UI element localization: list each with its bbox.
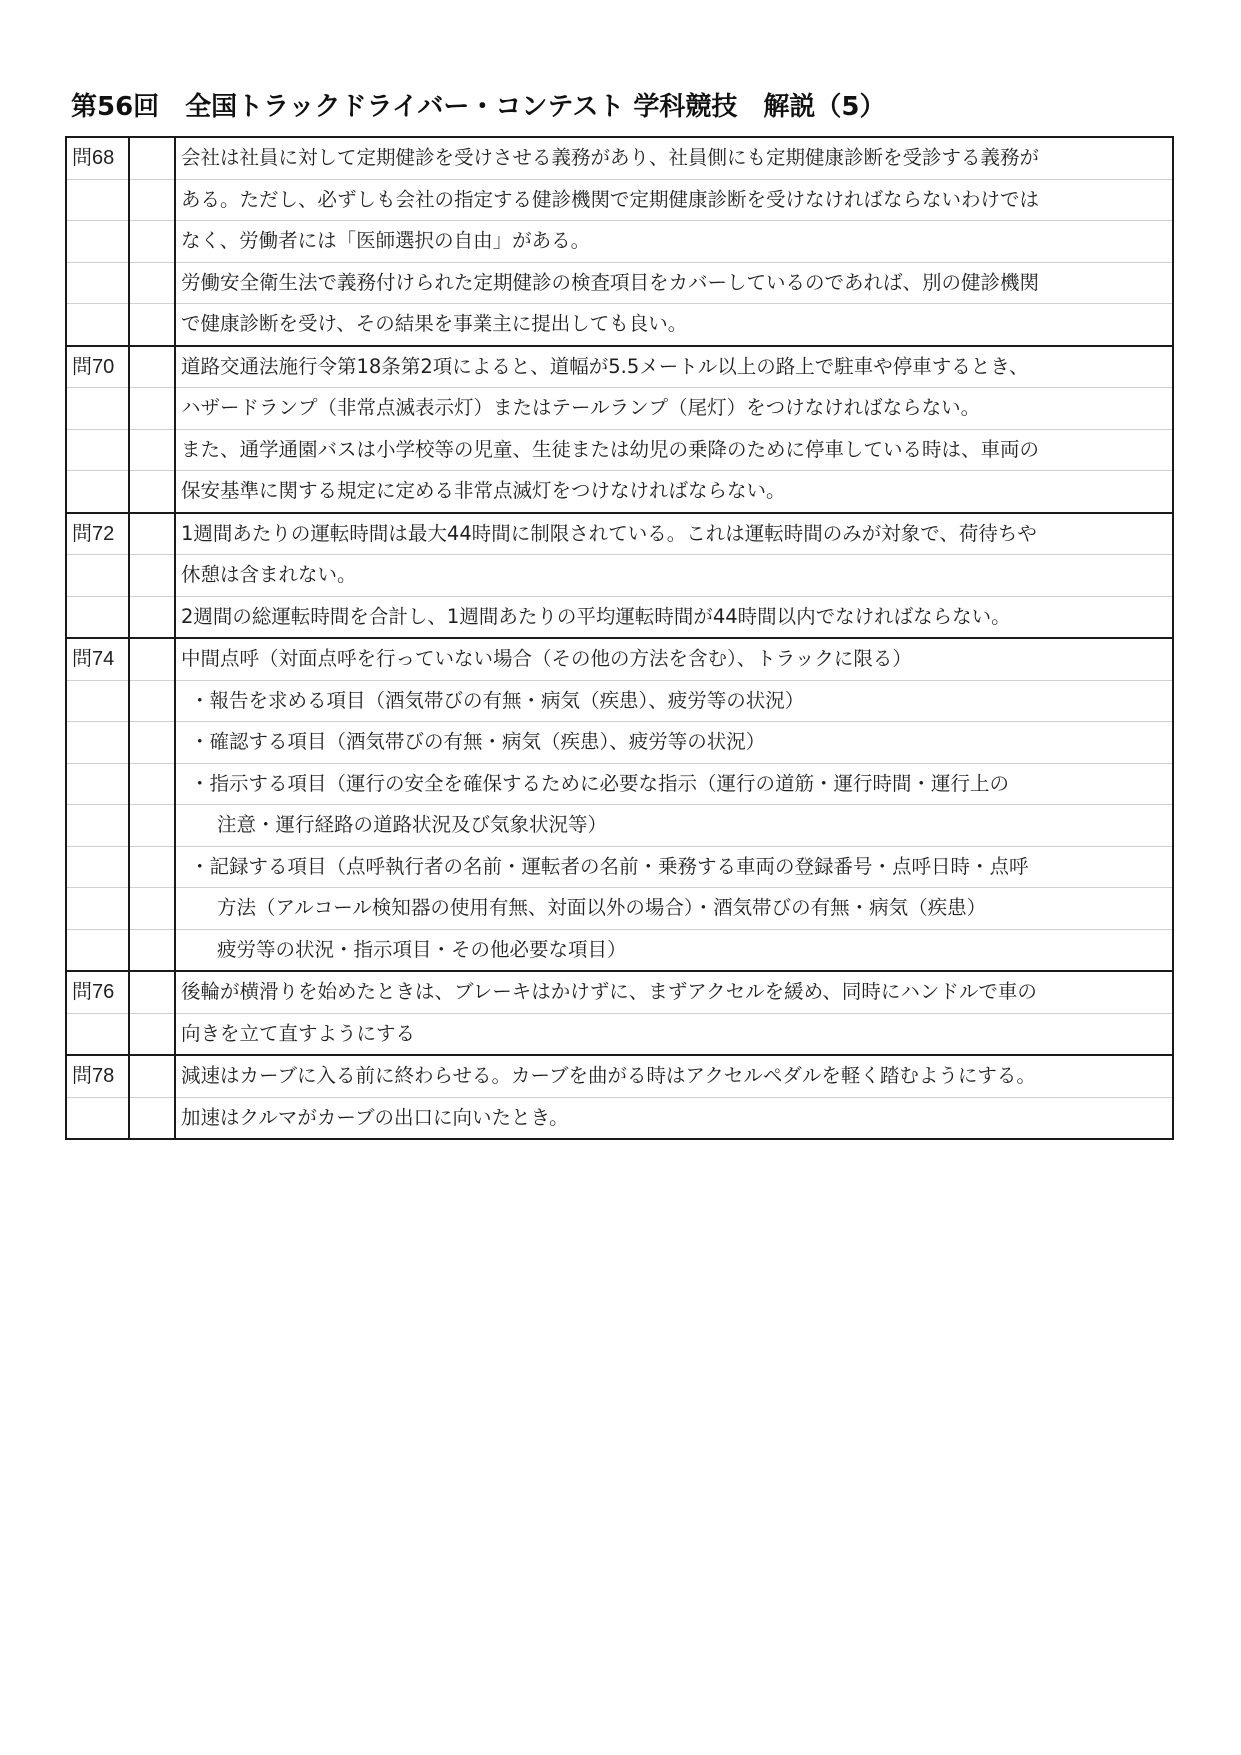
- explanation-line: 加速はクルマがカーブの出口に向いたとき。: [175, 1097, 1173, 1139]
- explanation-line: 減速はカーブに入る前に終わらせる。カーブを曲がる時はアクセルペダルを軽く踏むよう…: [175, 1055, 1173, 1097]
- explanation-table: 問68会社は社員に対して定期健診を受けさせる義務があり、社員側にも定期健康診断を…: [65, 136, 1174, 1140]
- answer-cell: [129, 638, 175, 680]
- explanation-line: 道路交通法施行令第18条第2項によると、道幅が5.5メートル以上の路上で駐車や停…: [175, 346, 1173, 388]
- question-row-continuation: 労働安全衛生法で義務付けられた定期健診の検査項目をカバーしているのであれば、別の…: [66, 262, 1173, 304]
- question-number-cell: 問70: [66, 346, 129, 388]
- question-row-continuation: 休憩は含まれない。: [66, 555, 1173, 597]
- question-number-cell: 問74: [66, 638, 129, 680]
- answer-cell: [129, 346, 175, 388]
- question-number-cell: [66, 388, 129, 430]
- question-row-continuation: ・記録する項目（点呼執行者の名前・運転者の名前・乗務する車両の登録番号・点呼日時…: [66, 846, 1173, 888]
- answer-cell: [129, 596, 175, 638]
- question-number-cell: 問78: [66, 1055, 129, 1097]
- question-number-cell: [66, 179, 129, 221]
- question-row-header: 問68会社は社員に対して定期健診を受けさせる義務があり、社員側にも定期健康診断を…: [66, 137, 1173, 179]
- question-row-continuation: 2週間の総運転時間を合計し、1週間あたりの平均運転時間が44時間以内でなければな…: [66, 596, 1173, 638]
- explanation-line: ハザードランプ（非常点滅表示灯）またはテールランプ（尾灯）をつけなければならない…: [175, 388, 1173, 430]
- explanation-line: ・記録する項目（点呼執行者の名前・運転者の名前・乗務する車両の登録番号・点呼日時…: [175, 846, 1173, 888]
- question-row-continuation: で健康診断を受け、その結果を事業主に提出しても良い。: [66, 304, 1173, 346]
- explanation-line: 休憩は含まれない。: [175, 555, 1173, 597]
- answer-cell: [129, 179, 175, 221]
- explanation-line: 保安基準に関する規定に定める非常点滅灯をつけなければならない。: [175, 471, 1173, 513]
- explanation-line: 疲労等の状況・指示項目・その他必要な項目）: [175, 929, 1173, 971]
- question-number-cell: [66, 555, 129, 597]
- question-row-continuation: 疲労等の状況・指示項目・その他必要な項目）: [66, 929, 1173, 971]
- question-number-cell: [66, 846, 129, 888]
- explanation-line: 向きを立て直すようにする: [175, 1013, 1173, 1055]
- answer-cell: [129, 680, 175, 722]
- question-number-cell: [66, 262, 129, 304]
- question-row-continuation: 方法（アルコール検知器の使用有無、対面以外の場合）・酒気帯びの有無・病気（疾患）: [66, 888, 1173, 930]
- question-number-cell: [66, 680, 129, 722]
- question-row-header: 問70道路交通法施行令第18条第2項によると、道幅が5.5メートル以上の路上で駐…: [66, 346, 1173, 388]
- explanation-line: ・報告を求める項目（酒気帯びの有無・病気（疾患）、疲労等の状況）: [175, 680, 1173, 722]
- question-row-continuation: また、通学通園バスは小学校等の児童、生徒または幼児の乗降のために停車している時は…: [66, 429, 1173, 471]
- explanation-line: 方法（アルコール検知器の使用有無、対面以外の場合）・酒気帯びの有無・病気（疾患）: [175, 888, 1173, 930]
- explanation-line: 中間点呼（対面点呼を行っていない場合（その他の方法を含む）、トラックに限る）: [175, 638, 1173, 680]
- question-number-cell: [66, 1097, 129, 1139]
- question-number-cell: [66, 304, 129, 346]
- question-number-cell: 問68: [66, 137, 129, 179]
- answer-cell: [129, 471, 175, 513]
- answer-cell: [129, 971, 175, 1013]
- explanation-line: また、通学通園バスは小学校等の児童、生徒または幼児の乗降のために停車している時は…: [175, 429, 1173, 471]
- question-number-cell: [66, 929, 129, 971]
- answer-cell: [129, 763, 175, 805]
- question-row-header: 問721週間あたりの運転時間は最大44時間に制限されている。これは運転時間のみが…: [66, 513, 1173, 555]
- explanation-line: 注意・運行経路の道路状況及び気象状況等）: [175, 805, 1173, 847]
- explanation-line: 会社は社員に対して定期健診を受けさせる義務があり、社員側にも定期健康診断を受診す…: [175, 137, 1173, 179]
- question-row-header: 問78減速はカーブに入る前に終わらせる。カーブを曲がる時はアクセルペダルを軽く踏…: [66, 1055, 1173, 1097]
- question-row-continuation: ・確認する項目（酒気帯びの有無・病気（疾患）、疲労等の状況）: [66, 722, 1173, 764]
- explanation-line: 労働安全衛生法で義務付けられた定期健診の検査項目をカバーしているのであれば、別の…: [175, 262, 1173, 304]
- explanation-line: ・確認する項目（酒気帯びの有無・病気（疾患）、疲労等の状況）: [175, 722, 1173, 764]
- answer-cell: [129, 722, 175, 764]
- question-row-continuation: ある。ただし、必ずしも会社の指定する健診機関で定期健康診断を受けなければならない…: [66, 179, 1173, 221]
- explanation-line: なく、労働者には「医師選択の自由」がある。: [175, 221, 1173, 263]
- question-row-continuation: ・指示する項目（運行の安全を確保するために必要な指示（運行の道筋・運行時間・運行…: [66, 763, 1173, 805]
- answer-cell: [129, 388, 175, 430]
- answer-cell: [129, 1055, 175, 1097]
- question-number-cell: [66, 722, 129, 764]
- question-number-cell: [66, 429, 129, 471]
- question-row-header: 問76後輪が横滑りを始めたときは、ブレーキはかけずに、まずアクセルを緩め、同時に…: [66, 971, 1173, 1013]
- question-number-cell: 問76: [66, 971, 129, 1013]
- page-title: 第56回 全国トラックドライバー・コンテスト 学科競技 解説（5）: [71, 86, 885, 123]
- answer-cell: [129, 304, 175, 346]
- answer-cell: [129, 262, 175, 304]
- question-number-cell: [66, 596, 129, 638]
- explanation-line: 後輪が横滑りを始めたときは、ブレーキはかけずに、まずアクセルを緩め、同時にハンド…: [175, 971, 1173, 1013]
- explanation-line: ある。ただし、必ずしも会社の指定する健診機関で定期健康診断を受けなければならない…: [175, 179, 1173, 221]
- answer-cell: [129, 888, 175, 930]
- explanation-line: で健康診断を受け、その結果を事業主に提出しても良い。: [175, 304, 1173, 346]
- question-row-header: 問74中間点呼（対面点呼を行っていない場合（その他の方法を含む）、トラックに限る…: [66, 638, 1173, 680]
- explanation-line: ・指示する項目（運行の安全を確保するために必要な指示（運行の道筋・運行時間・運行…: [175, 763, 1173, 805]
- question-row-continuation: ・報告を求める項目（酒気帯びの有無・病気（疾患）、疲労等の状況）: [66, 680, 1173, 722]
- question-number-cell: [66, 805, 129, 847]
- answer-cell: [129, 429, 175, 471]
- answer-cell: [129, 513, 175, 555]
- explanation-line: 2週間の総運転時間を合計し、1週間あたりの平均運転時間が44時間以内でなければな…: [175, 596, 1173, 638]
- answer-cell: [129, 1013, 175, 1055]
- question-row-continuation: 注意・運行経路の道路状況及び気象状況等）: [66, 805, 1173, 847]
- question-row-continuation: なく、労働者には「医師選択の自由」がある。: [66, 221, 1173, 263]
- question-row-continuation: ハザードランプ（非常点滅表示灯）またはテールランプ（尾灯）をつけなければならない…: [66, 388, 1173, 430]
- explanation-table-body: 問68会社は社員に対して定期健診を受けさせる義務があり、社員側にも定期健康診断を…: [66, 137, 1173, 1139]
- answer-cell: [129, 555, 175, 597]
- question-row-continuation: 加速はクルマがカーブの出口に向いたとき。: [66, 1097, 1173, 1139]
- question-number-cell: [66, 471, 129, 513]
- question-number-cell: 問72: [66, 513, 129, 555]
- question-number-cell: [66, 221, 129, 263]
- question-number-cell: [66, 888, 129, 930]
- explanation-line: 1週間あたりの運転時間は最大44時間に制限されている。これは運転時間のみが対象で…: [175, 513, 1173, 555]
- question-number-cell: [66, 763, 129, 805]
- answer-cell: [129, 805, 175, 847]
- question-row-continuation: 向きを立て直すようにする: [66, 1013, 1173, 1055]
- question-row-continuation: 保安基準に関する規定に定める非常点滅灯をつけなければならない。: [66, 471, 1173, 513]
- answer-cell: [129, 1097, 175, 1139]
- answer-cell: [129, 221, 175, 263]
- answer-cell: [129, 846, 175, 888]
- answer-cell: [129, 137, 175, 179]
- answer-cell: [129, 929, 175, 971]
- question-number-cell: [66, 1013, 129, 1055]
